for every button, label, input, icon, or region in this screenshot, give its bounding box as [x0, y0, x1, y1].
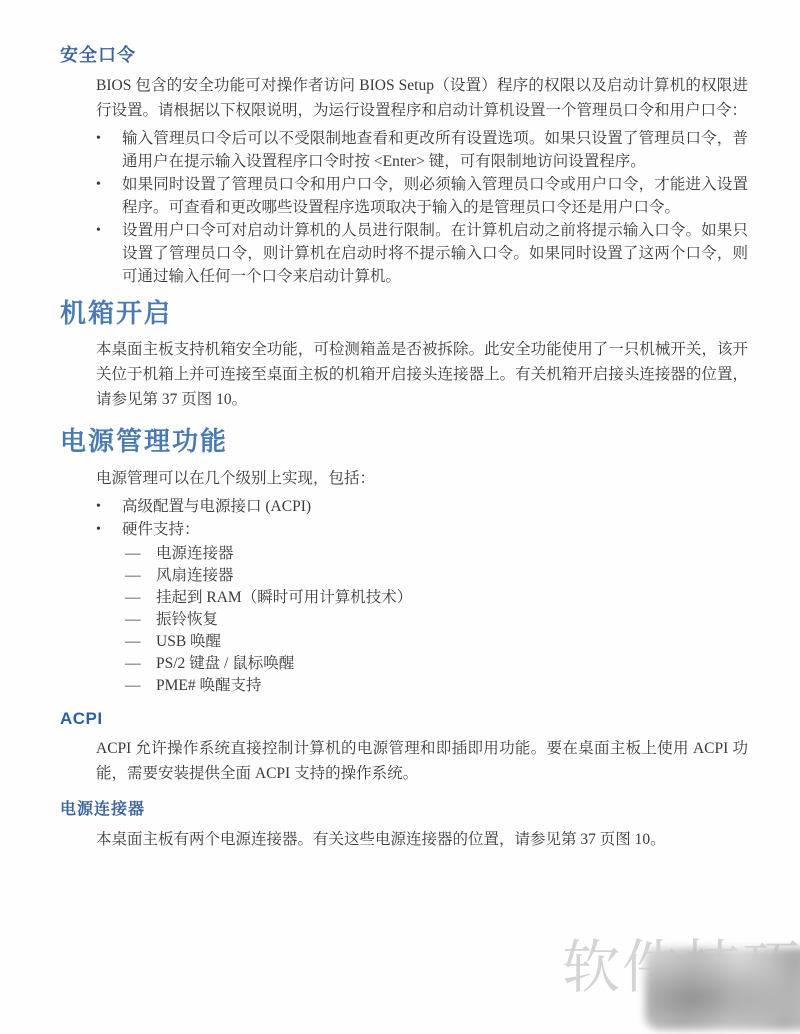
list-item: • 高级配置与电源接口 (ACPI) [96, 495, 748, 518]
list-item: — 振铃恢复 [125, 609, 685, 631]
dash-icon: — [125, 565, 156, 586]
security-bullet-list: • 输入管理员口令后可以不受限制地查看和更改所有设置选项。如果只设置了管理员口令… [96, 127, 748, 288]
list-item-text: 输入管理员口令后可以不受限制地查看和更改所有设置选项。如果只设置了管理员口令，普… [122, 127, 748, 173]
list-item-text: 设置用户口令可对启动计算机的人员进行限制。在计算机启动之前将提示输入口令。如果只… [122, 219, 748, 288]
bullet-icon: • [96, 518, 122, 541]
bullet-icon: • [96, 495, 122, 518]
censor-blur-patch [645, 948, 800, 1030]
security-intro-paragraph: BIOS 包含的安全功能可对操作者访问 BIOS Setup（设置）程序的权限以… [96, 73, 748, 123]
list-item-text: 硬件支持： [122, 518, 748, 541]
section-heading-chassis-intrusion: 机箱开启 [60, 298, 800, 330]
dash-icon: — [125, 631, 156, 652]
list-item: — USB 唤醒 [125, 631, 685, 653]
list-item: • 如果同时设置了管理员口令和用户口令，则必须输入管理员口令或用户口令，才能进入… [96, 173, 748, 219]
list-item-text: 挂起到 RAM（瞬时可用计算机技术） [156, 587, 685, 608]
list-item: • 硬件支持： [96, 518, 748, 541]
section-heading-power-management: 电源管理功能 [60, 426, 800, 458]
hardware-support-list: — 电源连接器 — 风扇连接器 — 挂起到 RAM（瞬时可用计算机技术） — 振… [125, 543, 685, 697]
dash-icon: — [125, 587, 156, 608]
chassis-paragraph: 本桌面主板支持机箱安全功能，可检测箱盖是否被拆除。此安全功能使用了一只机械开关，… [96, 337, 748, 412]
dash-icon: — [125, 609, 156, 630]
list-item: • 输入管理员口令后可以不受限制地查看和更改所有设置选项。如果只设置了管理员口令… [96, 127, 748, 173]
section-heading-power-connectors: 电源连接器 [60, 800, 800, 820]
list-item: — 挂起到 RAM（瞬时可用计算机技术） [125, 587, 685, 609]
list-item-text: 风扇连接器 [156, 565, 685, 586]
acpi-paragraph: ACPI 允许操作系统直接控制计算机的电源管理和即插即用功能。要在桌面主板上使用… [96, 736, 748, 786]
bullet-icon: • [96, 219, 122, 242]
list-item-text: 如果同时设置了管理员口令和用户口令，则必须输入管理员口令或用户口令，才能进入设置… [122, 173, 748, 219]
list-item: — 电源连接器 [125, 543, 685, 565]
list-item-text: USB 唤醒 [156, 631, 685, 652]
list-item: • 设置用户口令可对启动计算机的人员进行限制。在计算机启动之前将提示输入口令。如… [96, 219, 748, 288]
list-item-text: 电源连接器 [156, 543, 685, 564]
list-item-text: PS/2 键盘 / 鼠标唤醒 [156, 653, 685, 674]
list-item: — 风扇连接器 [125, 565, 685, 587]
power-intro-paragraph: 电源管理可以在几个级别上实现，包括： [96, 466, 748, 491]
power-connectors-paragraph: 本桌面主板有两个电源连接器。有关这些电源连接器的位置，请参见第 37 页图 10… [96, 827, 748, 852]
dash-icon: — [125, 675, 156, 696]
power-bullet-list: • 高级配置与电源接口 (ACPI) • 硬件支持： [96, 495, 748, 541]
list-item-text: 高级配置与电源接口 (ACPI) [122, 495, 748, 518]
list-item-text: PME# 唤醒支持 [156, 675, 685, 696]
dash-icon: — [125, 543, 156, 564]
list-item: — PS/2 键盘 / 鼠标唤醒 [125, 653, 685, 675]
bullet-icon: • [96, 173, 122, 196]
list-item-text: 振铃恢复 [156, 609, 685, 630]
section-heading-security-password: 安全口令 [60, 44, 800, 66]
bullet-icon: • [96, 127, 122, 150]
dash-icon: — [125, 653, 156, 674]
section-heading-acpi: ACPI [60, 709, 800, 729]
document-page: 安全口令 BIOS 包含的安全功能可对操作者访问 BIOS Setup（设置）程… [0, 0, 800, 1034]
list-item: — PME# 唤醒支持 [125, 675, 685, 697]
